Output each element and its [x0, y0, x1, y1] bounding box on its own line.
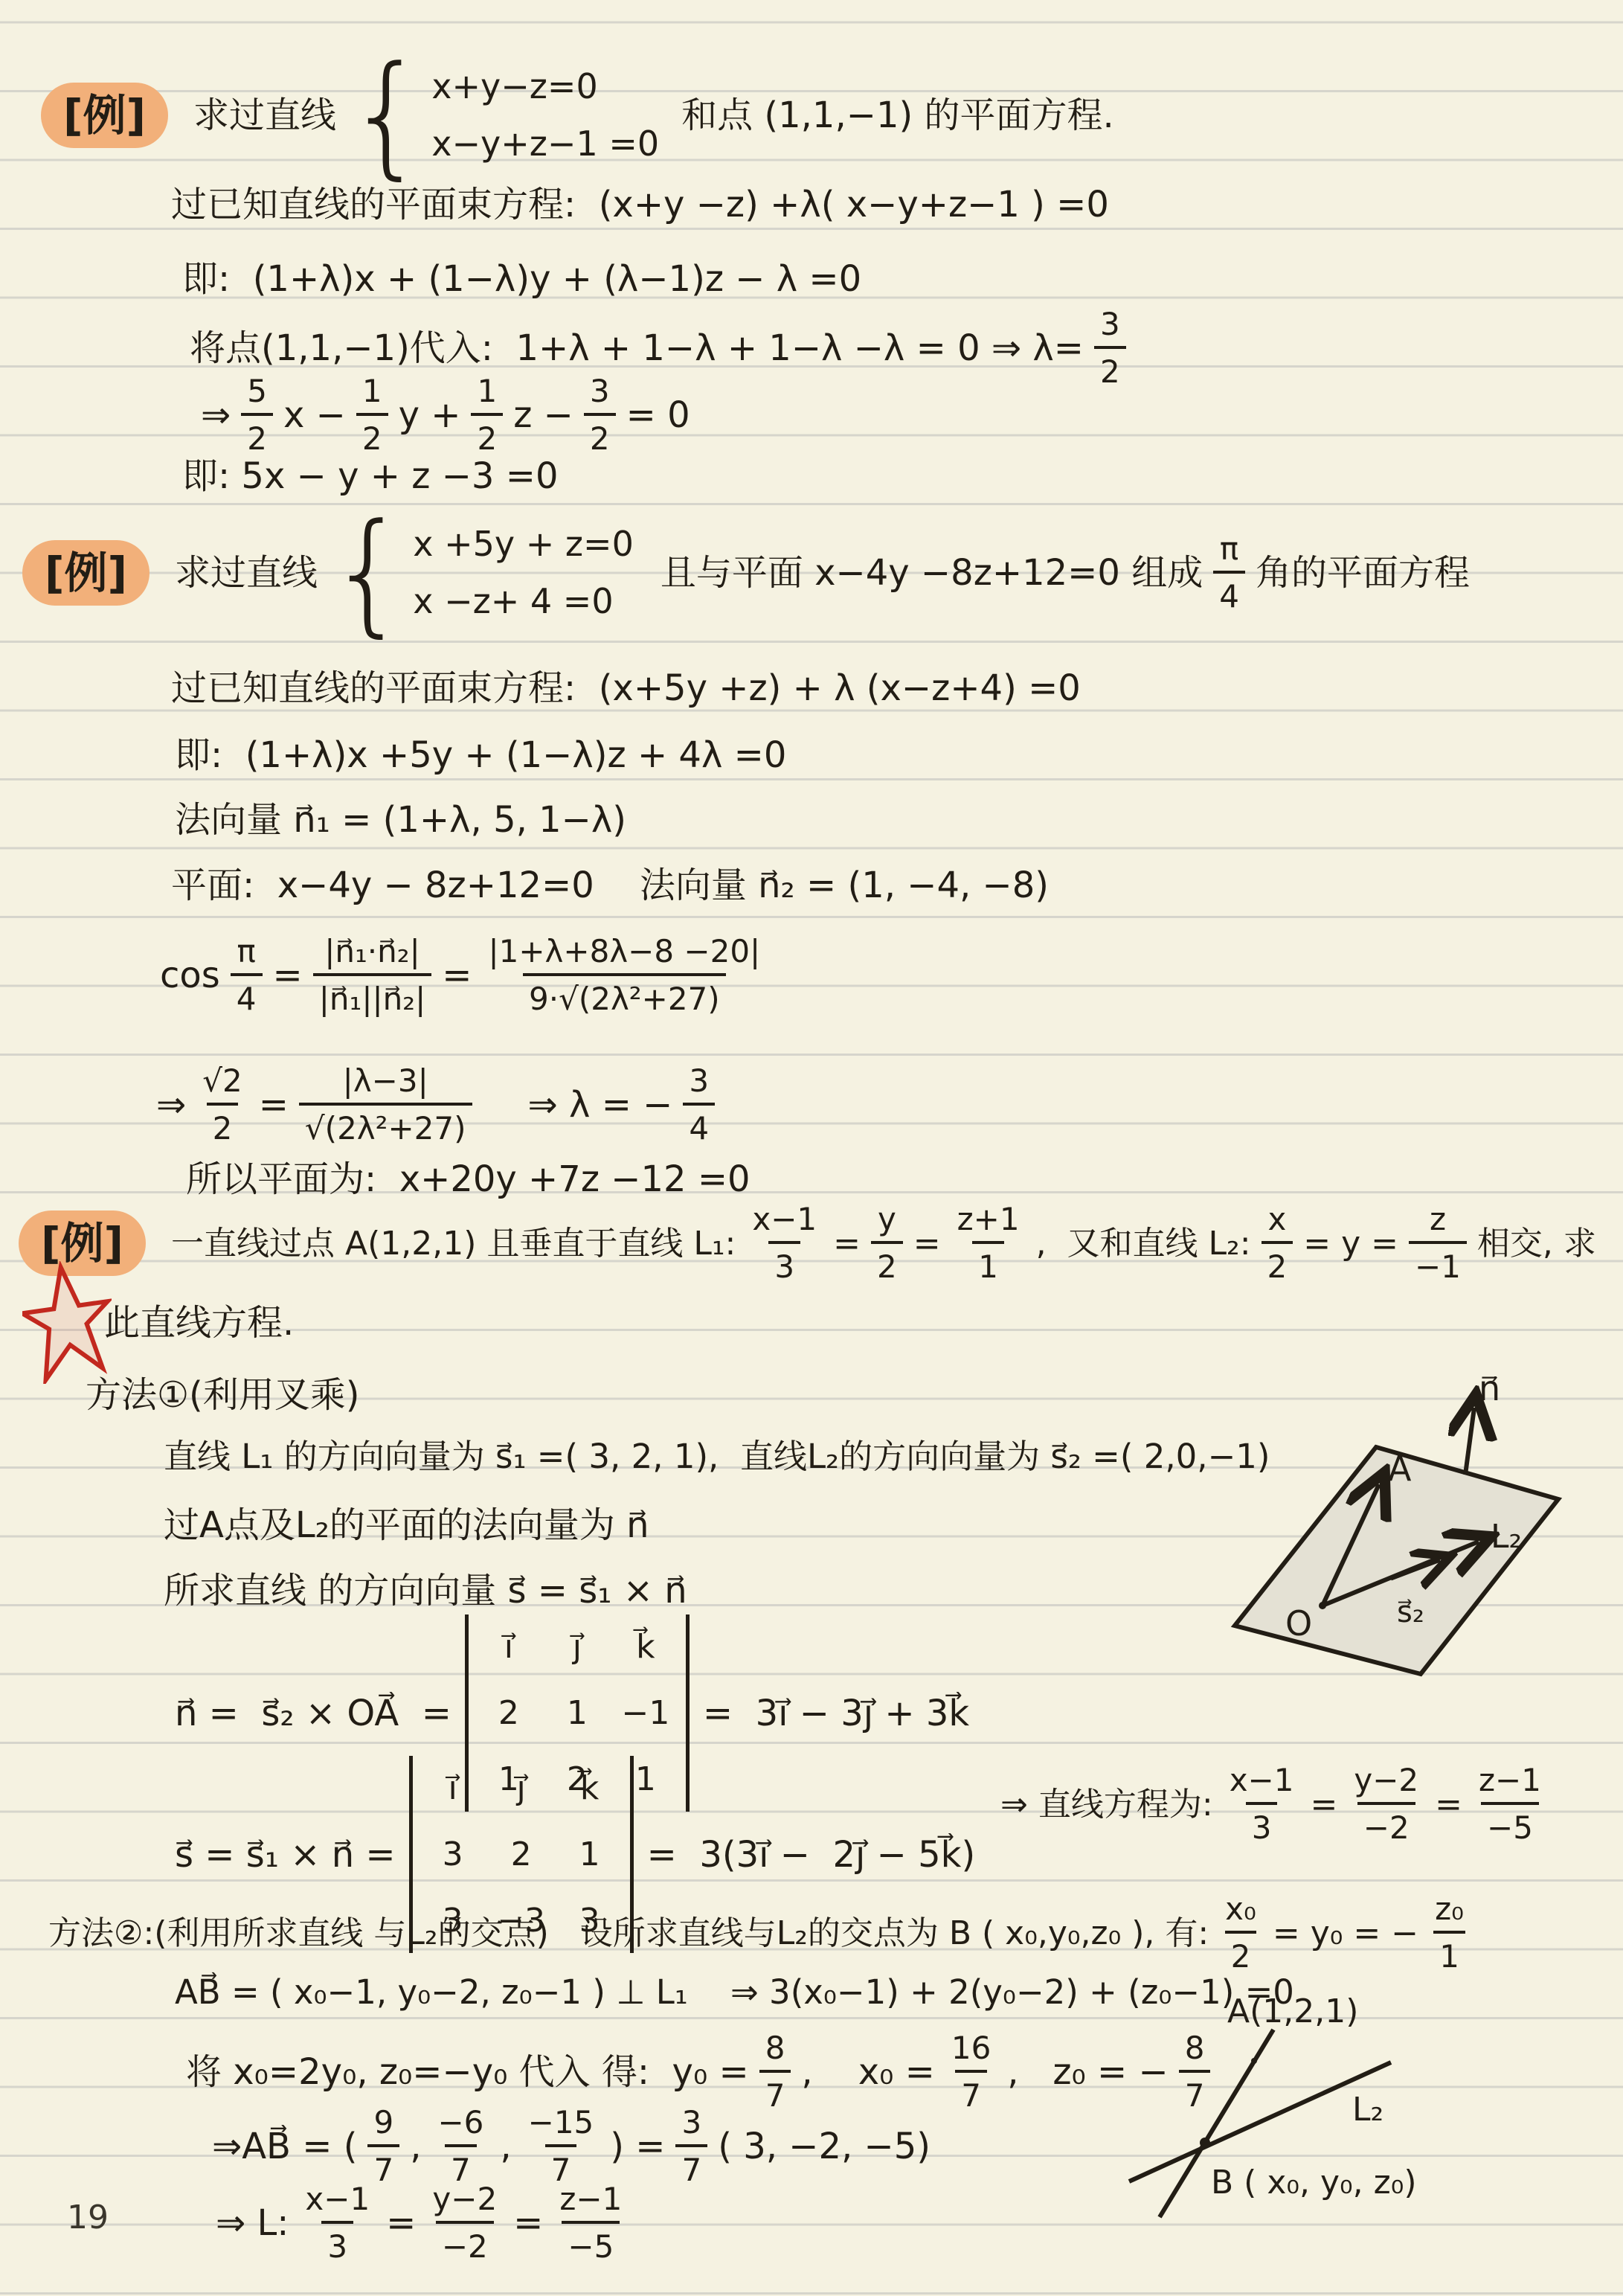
fraction-numerator: 3: [683, 1065, 715, 1103]
math-text: =: [273, 953, 303, 998]
fraction-denominator: −1: [1409, 1241, 1467, 1283]
math-text: =: [386, 2201, 416, 2245]
fraction-denominator: 3: [768, 1241, 800, 1283]
system-eq2: x −z+ 4 =0: [413, 580, 634, 623]
fraction-numerator: x₀: [1219, 1893, 1262, 1931]
fraction: x₀ 2: [1219, 1893, 1262, 1972]
math-text: 过已知直线的平面束方程: (x+5y +z) + λ (x−z+4) =0: [171, 666, 1081, 711]
math-text: 将 x₀=2y₀, z₀=−y₀ 代入 得: y₀ =: [186, 2050, 749, 2094]
example2-line: 平面: x−4y − 8z+12=0 法向量 n⃗₂ = (1, −4, −8): [171, 863, 1049, 908]
math-text: = y₀ = −: [1273, 1913, 1418, 1954]
fraction-numerator: y−2: [1348, 1765, 1424, 1802]
page-number: 19: [67, 2199, 109, 2236]
fraction-denominator: 2: [207, 1103, 239, 1144]
det-cell: i⃗: [449, 1768, 457, 1809]
fraction-numerator: y−2: [426, 2184, 503, 2221]
fraction: y 2: [871, 1204, 903, 1283]
fraction-denominator: 7: [675, 2144, 707, 2186]
math-text: ,: [500, 2124, 511, 2169]
method1-line: 所求直线 的方向向量 s⃗ = s⃗₁ × n⃗: [164, 1568, 687, 1613]
fraction: z+1 1: [951, 1204, 1026, 1283]
math-text: 将点(1,1,−1)代入: 1+λ + 1−λ + 1−λ −λ = 0 ⇒ λ…: [190, 326, 1084, 371]
fraction-denominator: 7: [445, 2144, 477, 2186]
fraction-denominator: 7: [367, 2144, 399, 2186]
math-text: 相交, 求: [1477, 1223, 1596, 1264]
det-cell: 3: [443, 1834, 463, 1875]
fraction-denominator: 1: [1433, 1931, 1465, 1972]
origin-point: [1319, 1602, 1326, 1609]
fraction-denominator: 2: [584, 413, 616, 455]
math-text: ⇒ L:: [216, 2201, 289, 2245]
fraction: π 4: [231, 936, 263, 1015]
example-label-highlight: [例]: [22, 540, 150, 606]
fraction-numerator: 3: [584, 376, 616, 413]
intersecting-lines-diagram: A(1,2,1) L₂ B ( x₀, y₀, z₀): [1116, 1994, 1622, 2292]
fraction: 1 2: [356, 376, 388, 455]
system-brace: {: [347, 49, 427, 182]
fraction-denominator: 9·√(2λ²+27): [523, 973, 726, 1015]
math-text: =: [1435, 1784, 1462, 1825]
det-cell: k⃗: [636, 1626, 655, 1667]
system-eq1: x +5y + z=0: [413, 523, 634, 566]
fraction-denominator: −5: [1481, 1802, 1539, 1844]
example1-system: x+y−z=0 x−y+z−1 =0: [431, 65, 659, 166]
fraction-numerator: π: [231, 936, 261, 973]
fraction-denominator: √(2λ²+27): [299, 1103, 472, 1144]
example-label-highlight: [例]: [41, 83, 168, 149]
math-text: ) =: [610, 2124, 665, 2169]
math-text: 直线 L₁ 的方向向量为 s⃗₁ =( 3, 2, 1), 直线L₂的方向向量为…: [164, 1436, 1270, 1478]
example2-line: 法向量 n⃗₁ = (1+λ, 5, 1−λ): [175, 798, 626, 842]
fraction-denominator: 2: [871, 1241, 903, 1283]
example1-line: 过已知直线的平面束方程: (x+y −z) +λ( x−y+z−1 ) =0: [171, 182, 1109, 227]
fraction-denominator: 4: [683, 1103, 715, 1144]
math-text: 过A点及L₂的平面的法向量为 n⃗: [164, 1503, 649, 1548]
fraction: −15 7: [522, 2107, 600, 2186]
math-text: 角的平面方程: [1256, 551, 1470, 595]
fraction-denominator: 4: [231, 973, 263, 1015]
fraction: π 4: [1213, 533, 1245, 612]
det-cell: j⃗: [517, 1768, 526, 1809]
math-text: 过已知直线的平面束方程: (x+y −z) +λ( x−y+z−1 ) =0: [171, 182, 1109, 227]
fraction: x−1 3: [1224, 1765, 1300, 1844]
point-on-line-a: [1251, 2058, 1257, 2064]
fraction-numerator: 16: [945, 2033, 997, 2070]
fraction: y−2 −2: [426, 2184, 503, 2263]
example2-line: ⇒ √2 2 = |λ−3| √(2λ²+27) ⇒ λ = − 3 4: [156, 1065, 725, 1144]
fraction: y−2 −2: [1348, 1765, 1424, 1844]
important-star-mark: [22, 1261, 112, 1384]
fraction: z −1: [1409, 1204, 1467, 1283]
fraction-numerator: 3: [675, 2107, 707, 2144]
method2-ab-line: ⇒AB⃗ = ( 9 7 , −6 7 , −15 7 ) = 3 7 ( 3,…: [212, 2107, 931, 2186]
math-text: 平面: x−4y − 8z+12=0 法向量 n⃗₂ = (1, −4, −8): [171, 863, 1049, 908]
det-cell: −1: [621, 1693, 669, 1734]
math-text: x −: [283, 393, 346, 437]
fraction: z−1 −5: [1473, 1765, 1547, 1844]
math-text: 方法①(利用叉乘): [86, 1373, 360, 1417]
math-text: 且与平面 x−4y −8z+12=0 组成: [661, 551, 1203, 595]
math-text: =: [513, 2201, 543, 2245]
fraction-numerator: 8: [759, 2033, 791, 2070]
fraction: 3 2: [584, 376, 616, 455]
fraction-denominator: 2: [1225, 1931, 1257, 1972]
method2-title-line: 方法②:(利用所求直线 与L₂的交点) 设所求直线与L₂的交点为 B ( x₀,…: [48, 1893, 1480, 1972]
normal-vector-arrow: [1465, 1408, 1474, 1475]
math-text: ⇒AB⃗ = (: [212, 2124, 357, 2169]
math-text: , 又和直线 L₂:: [1036, 1223, 1251, 1264]
math-text: s⃗ = s⃗₁ × n⃗ =: [175, 1832, 396, 1877]
fraction-denominator: −2: [1357, 1802, 1415, 1844]
s2-label: s⃗₂: [1397, 1595, 1424, 1629]
fraction: 16 7: [945, 2033, 997, 2111]
point-a-label: A(1,2,1): [1227, 1994, 1358, 2030]
math-text: 所以平面为: x+20y +7z −12 =0: [186, 1157, 751, 1202]
method1-title: 方法①(利用叉乘): [86, 1373, 360, 1417]
fraction-numerator: 1: [356, 376, 388, 413]
math-text: 法向量 n⃗₁ = (1+λ, 5, 1−λ): [175, 798, 626, 842]
fraction-numerator: π: [1214, 533, 1244, 571]
example1-line: 即: 5x − y + z −3 =0: [182, 454, 558, 498]
math-text: ⇒ 直线方程为:: [1000, 1784, 1213, 1825]
fraction-numerator: x−1: [299, 2184, 376, 2221]
example2-line: 过已知直线的平面束方程: (x+5y +z) + λ (x−z+4) =0: [171, 666, 1081, 711]
det-cell: 1: [579, 1834, 600, 1875]
math-text: ⇒: [156, 1083, 186, 1127]
fraction-denominator: 7: [545, 2144, 577, 2186]
fraction-numerator: z+1: [951, 1204, 1026, 1241]
det-cell: j⃗: [573, 1626, 582, 1667]
example1-tail: 和点 (1,1,−1) 的平面方程.: [681, 93, 1114, 138]
fraction-numerator: 1: [471, 376, 503, 413]
fraction: |λ−3| √(2λ²+27): [299, 1065, 472, 1144]
system-eq2: x−y+z−1 =0: [431, 123, 659, 166]
fraction: 9 7: [367, 2107, 399, 2186]
fraction: −6 7: [431, 2107, 489, 2186]
fraction: 1 2: [471, 376, 503, 455]
system-eq1: x+y−z=0: [431, 65, 659, 109]
math-text: n⃗ = s⃗₂ × OA⃗ =: [175, 1691, 451, 1736]
fraction-numerator: x: [1262, 1204, 1292, 1241]
math-text: = 3i⃗ − 3j⃗ + 3k⃗: [703, 1691, 969, 1736]
fraction: 5 2: [241, 376, 273, 455]
point-b-label: B ( x₀, y₀, z₀): [1211, 2164, 1417, 2202]
fraction-denominator: 3: [1246, 1802, 1278, 1844]
fraction: x 2: [1262, 1204, 1293, 1283]
fraction-numerator: x−1: [746, 1204, 823, 1241]
fraction-numerator: 5: [241, 376, 273, 413]
fraction-numerator: z₀: [1429, 1893, 1470, 1931]
det-cell: 2: [511, 1834, 532, 1875]
fraction: 3 4: [683, 1065, 715, 1144]
fraction-numerator: |1+λ+8λ−8 −20|: [482, 936, 766, 973]
fraction-numerator: z−1: [1473, 1765, 1547, 1802]
l2-label: L₂: [1352, 2091, 1383, 2129]
det-cell: k⃗: [580, 1768, 599, 1809]
fraction-numerator: |λ−3|: [337, 1065, 434, 1103]
fraction-denominator: 7: [955, 2070, 987, 2111]
fraction-denominator: 1: [972, 1241, 1004, 1283]
math-text: 即: (1+λ)x + (1−λ)y + (λ−1)z − λ =0: [182, 257, 861, 301]
fraction-denominator: 3: [321, 2221, 353, 2263]
method2-final-line: ⇒ L: x−1 3 = y−2 −2 = z−1 −5: [216, 2184, 638, 2263]
math-text: y +: [399, 393, 461, 437]
method2-line: 将 x₀=2y₀, z₀=−y₀ 代入 得: y₀ = 8 7 , x₀ = 1…: [186, 2033, 1221, 2111]
origin-label: O: [1285, 1603, 1312, 1644]
fraction: |n⃗₁·n⃗₂| |n⃗₁||n⃗₂|: [313, 936, 432, 1015]
fraction: 8 7: [759, 2033, 791, 2111]
fraction-denominator: |n⃗₁||n⃗₂|: [313, 973, 432, 1015]
example1-line: 即: (1+λ)x + (1−λ)y + (λ−1)z − λ =0: [182, 257, 861, 301]
example1-line: ⇒ 5 2 x − 1 2 y + 1 2 z − 3 2 = 0: [201, 376, 690, 455]
intersection-point-b: [1200, 2138, 1210, 2148]
math-text: = 0: [626, 393, 690, 437]
fraction-denominator: −5: [562, 2221, 620, 2263]
math-text: cos: [160, 953, 220, 998]
example3-header: [例] 一直线过点 A(1,2,1) 且垂直于直线 L₁: x−1 3 = y …: [19, 1204, 1596, 1283]
math-text: 即: (1+λ)x +5y + (1−λ)z + 4λ =0: [175, 733, 786, 777]
math-text: =: [913, 1223, 941, 1264]
normal-vector-label: n⃗: [1479, 1376, 1500, 1408]
fraction-numerator: z−1: [553, 2184, 628, 2221]
det-cell: i⃗: [504, 1626, 513, 1667]
math-text: , x₀ =: [801, 2050, 934, 2094]
example2-line: 即: (1+λ)x +5y + (1−λ)z + 4λ =0: [175, 733, 786, 777]
fraction-numerator: z: [1424, 1204, 1452, 1241]
fraction: √2 2: [196, 1065, 248, 1144]
example1-lead: 求过直线: [193, 93, 336, 138]
fraction-numerator: −6: [431, 2107, 489, 2144]
math-text: 即: 5x − y + z −3 =0: [182, 454, 558, 498]
math-text: ,: [410, 2124, 421, 2169]
notebook-page: [例] 求过直线 { x+y−z=0 x−y+z−1 =0 和点 (1,1,−1…: [0, 0, 1623, 2296]
fraction-numerator: √2: [196, 1065, 248, 1103]
example2-lead: 求过直线: [175, 551, 318, 595]
plane-diagram: n⃗ A L₂ s⃗₂ O: [1205, 1376, 1622, 1756]
example3-line: 此直线方程.: [104, 1301, 294, 1345]
fraction-denominator: 2: [241, 413, 273, 455]
fraction: 3 7: [675, 2107, 707, 2186]
example2-system: x +5y + z=0 x −z+ 4 =0: [413, 523, 634, 623]
math-text: 所求直线 的方向向量 s⃗ = s⃗₁ × n⃗: [164, 1568, 687, 1613]
fraction-denominator: 4: [1213, 571, 1245, 612]
fraction: z₀ 1: [1429, 1893, 1470, 1972]
fraction: 3 2: [1094, 309, 1126, 388]
math-text: = y =: [1303, 1223, 1398, 1264]
method1-line: 过A点及L₂的平面的法向量为 n⃗: [164, 1503, 649, 1548]
math-text: 此直线方程.: [104, 1301, 294, 1345]
math-text: =: [259, 1083, 289, 1127]
fraction-denominator: 2: [471, 413, 503, 455]
fraction-numerator: |n⃗₁·n⃗₂|: [318, 936, 426, 973]
math-text: ⇒ λ = −: [483, 1083, 673, 1127]
det-cell: 1: [567, 1693, 588, 1734]
fraction-numerator: y: [872, 1204, 902, 1241]
example2-cos-line: cos π 4 = |n⃗₁·n⃗₂| |n⃗₁||n⃗₂| = |1+λ+8λ…: [160, 936, 777, 1015]
fraction-denominator: −2: [436, 2221, 494, 2263]
math-text: =: [1310, 1784, 1337, 1825]
math-text: z −: [513, 393, 573, 437]
line-equation-result: ⇒ 直线方程为: x−1 3 = y−2 −2 = z−1 −5: [1000, 1765, 1558, 1844]
fraction-denominator: 2: [1094, 346, 1126, 388]
math-text: ( 3, −2, −5): [718, 2124, 931, 2169]
math-text: 方法②:(利用所求直线 与L₂的交点) 设所求直线与L₂的交点为 B ( x₀,…: [48, 1913, 1209, 1954]
method1-line: 直线 L₁ 的方向向量为 s⃗₁ =( 3, 2, 1), 直线L₂的方向向量为…: [164, 1436, 1270, 1478]
fraction: |1+λ+8λ−8 −20| 9·√(2λ²+27): [482, 936, 766, 1015]
fraction: x−1 3: [299, 2184, 376, 2263]
math-text: =: [442, 953, 472, 998]
math-text: =: [833, 1223, 861, 1264]
det-cell: 2: [498, 1693, 519, 1734]
l2-label: L₂: [1491, 1518, 1522, 1556]
fraction-denominator: 7: [759, 2070, 791, 2111]
example2-result-line: 所以平面为: x+20y +7z −12 =0: [186, 1157, 751, 1202]
fraction-numerator: 3: [1094, 309, 1126, 346]
fraction-denominator: 2: [1262, 1241, 1293, 1283]
math-text: 一直线过点 A(1,2,1) 且垂直于直线 L₁:: [171, 1223, 736, 1264]
point-a-label: A: [1388, 1449, 1412, 1489]
fraction-numerator: x−1: [1224, 1765, 1300, 1802]
example1-header: [例] 求过直线 { x+y−z=0 x−y+z−1 =0 和点 (1,1,−1…: [41, 52, 1114, 179]
fraction: x−1 3: [746, 1204, 823, 1283]
system-brace: {: [328, 507, 408, 640]
fraction: z−1 −5: [553, 2184, 628, 2263]
fraction-numerator: −15: [522, 2107, 600, 2144]
math-text: = 3(3i⃗ − 2j⃗ − 5k⃗): [647, 1832, 976, 1877]
fraction-numerator: 9: [367, 2107, 399, 2144]
math-text: ⇒: [201, 393, 231, 437]
fraction-denominator: 2: [356, 413, 388, 455]
star-shape: [22, 1262, 112, 1382]
example2-header: [例] 求过直线 { x +5y + z=0 x −z+ 4 =0 且与平面 x…: [22, 510, 1470, 636]
